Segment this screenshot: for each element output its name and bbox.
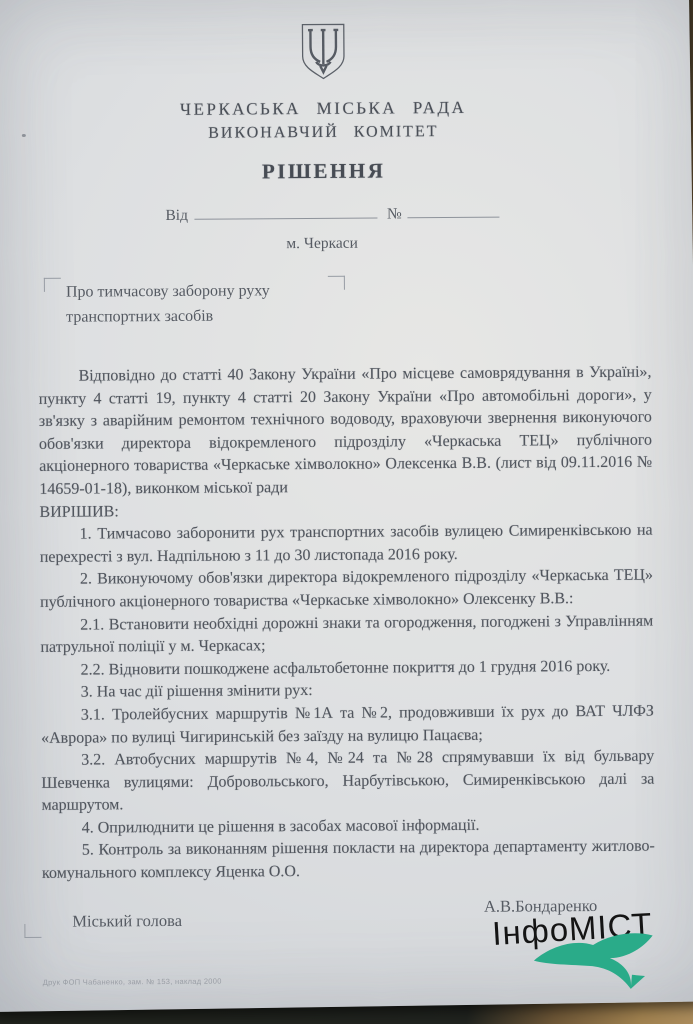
swallow-bird-icon xyxy=(531,930,684,997)
subject-line2: транспортних засобів xyxy=(66,303,651,329)
corner-mark-bottom-left-icon xyxy=(24,924,41,938)
resolution-item: 5. Контроль за виконанням рішення поклас… xyxy=(42,836,655,885)
body-text: Відповідно до статті 40 Закону України «… xyxy=(38,362,655,886)
subject-block: Про тимчасову заборону руху транспортних… xyxy=(56,278,651,344)
signature-position: Міський голова xyxy=(72,911,182,932)
paper-speck xyxy=(22,134,26,137)
subject-line1: Про тимчасову заборону руху xyxy=(66,278,651,304)
place-line: м. Черкаси xyxy=(16,233,629,255)
document-content: ЧЕРКАСЬКА МІСЬКА РАДА ВИКОНАВЧИЙ КОМІТЕТ… xyxy=(0,0,693,1009)
watermark-logo: ІнфоМІСТ xyxy=(491,903,693,1003)
document-photo: ЧЕРКАСЬКА МІСЬКА РАДА ВИКОНАВЧИЙ КОМІТЕТ… xyxy=(0,0,693,1024)
resolution-item: 2.1. Встановити необхідні дорожні знаки … xyxy=(40,610,653,659)
corner-mark-top-right-icon xyxy=(328,276,345,290)
corner-mark-top-left-icon xyxy=(44,278,61,292)
resolution-item: 3.2. Автобусних маршрутів №4, №24 та №28… xyxy=(41,746,654,818)
ukraine-trident-emblem-icon xyxy=(299,23,347,85)
intro-paragraph: Відповідно до статті 40 Закону України «… xyxy=(38,362,652,502)
resolution-item: 2.2. Відновити пошкоджене асфальтобетонн… xyxy=(41,655,654,682)
print-info: Друк ФОП Чабаненко, зам. № 153, наклад 2… xyxy=(43,977,222,987)
paper-sheet: ЧЕРКАСЬКА МІСЬКА РАДА ВИКОНАВЧИЙ КОМІТЕТ… xyxy=(0,0,693,1012)
resolution-item: 1. Тимчасово заборонити рух транспортних… xyxy=(40,520,653,569)
resolution-item: 2. Виконуючому обов'язки директора відок… xyxy=(40,565,653,614)
number-label: № xyxy=(387,205,402,222)
doc-type-title: РІШЕННЯ xyxy=(17,157,630,186)
date-label: Від xyxy=(165,207,188,224)
number-blank-line xyxy=(408,204,500,219)
resolution-item: 3.1. Тролейбусних маршрутів №1А та №2, п… xyxy=(41,700,654,749)
date-blank-line xyxy=(194,205,377,220)
org-name-line1: ЧЕРКАСЬКА МІСЬКА РАДА xyxy=(17,97,630,121)
date-number-line: Від№ xyxy=(37,203,650,226)
emblem-wrap xyxy=(16,21,629,92)
org-name-line2: ВИКОНАВЧИЙ КОМІТЕТ xyxy=(17,122,630,144)
